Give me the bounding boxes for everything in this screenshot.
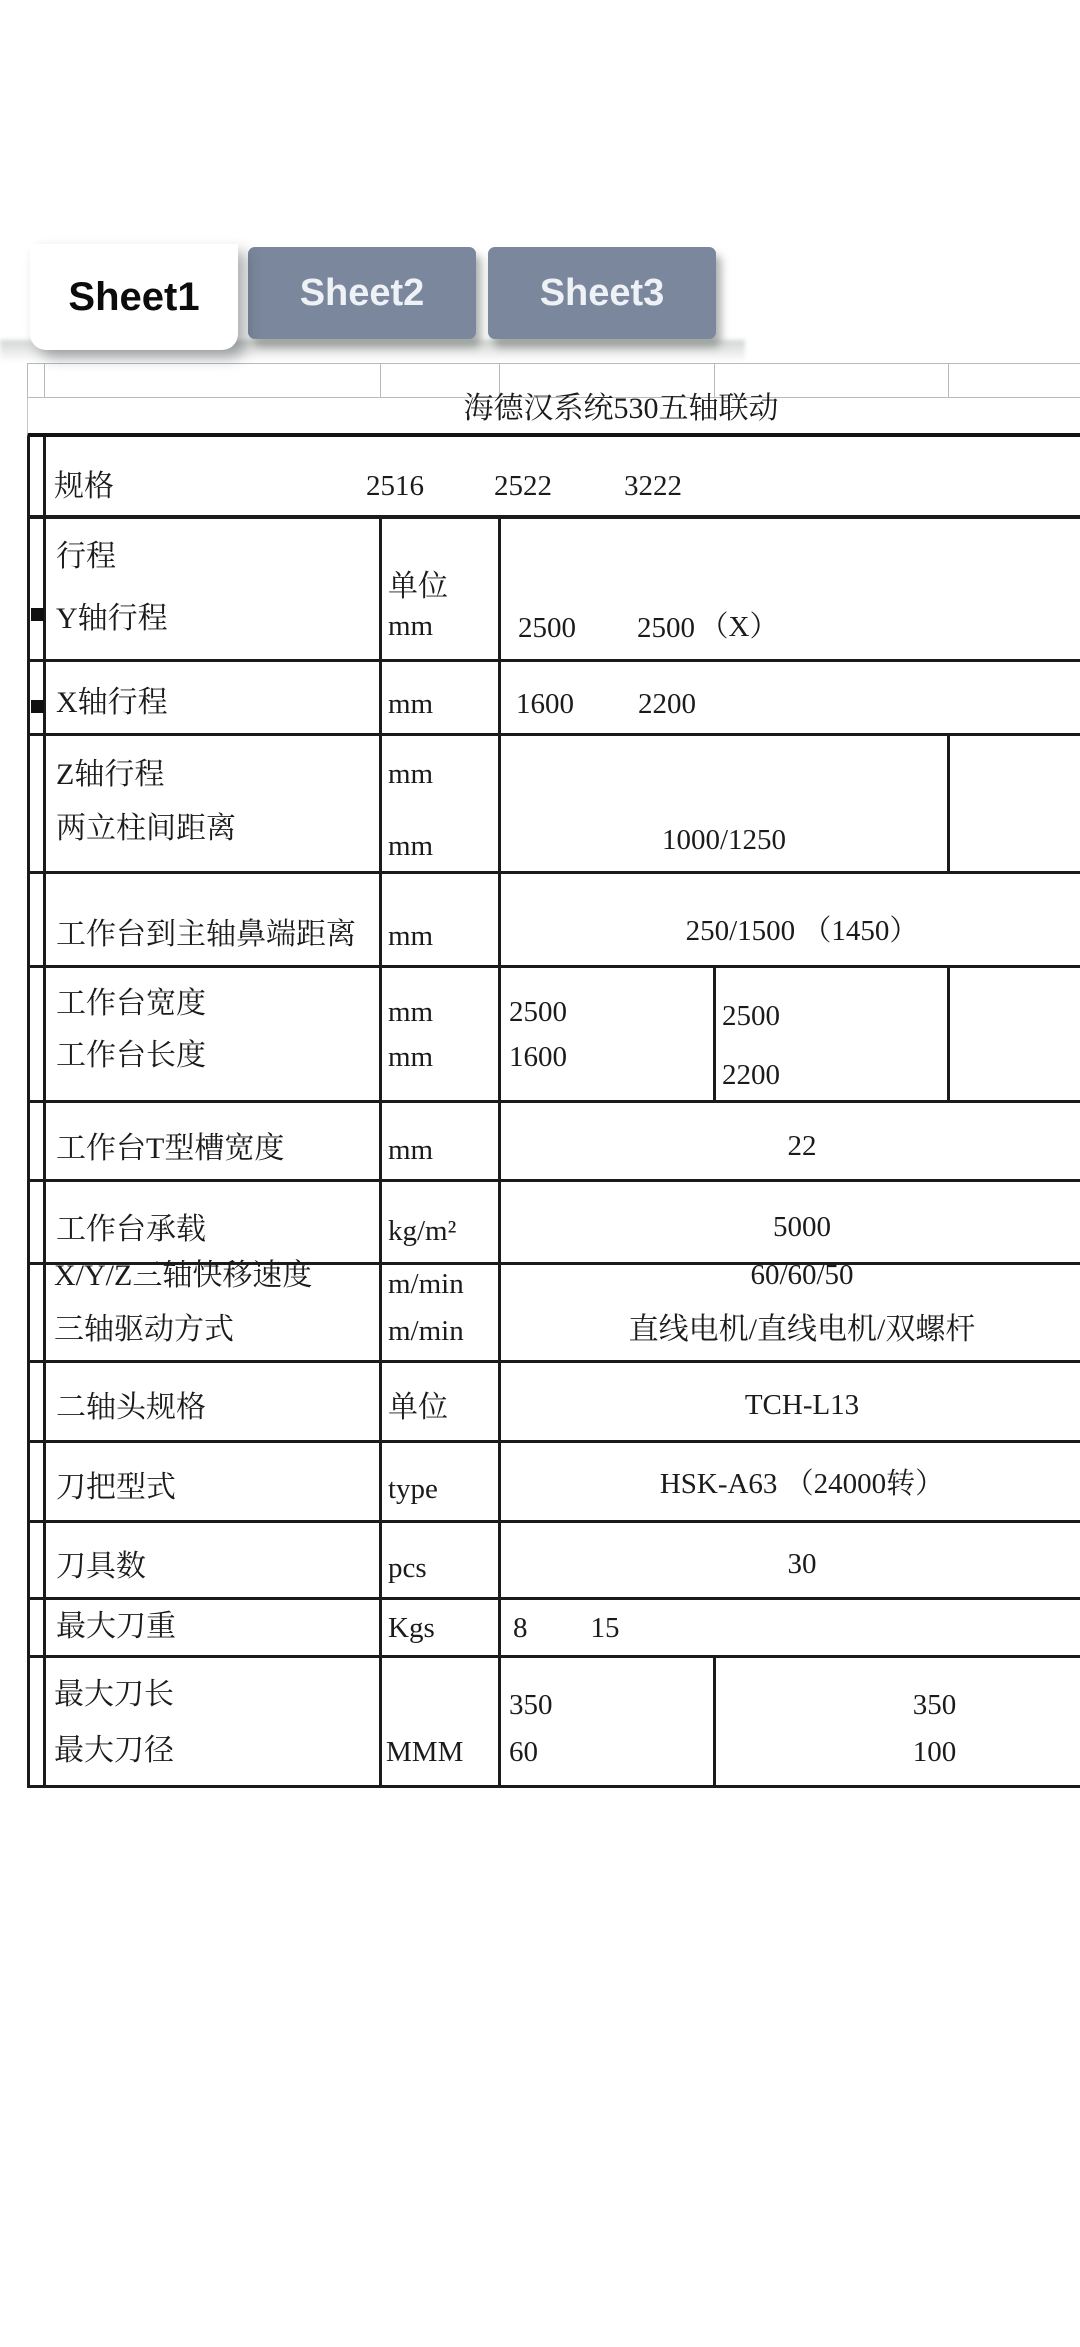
row-label: X/Y/Z三轴快移速度 [54, 1250, 379, 1294]
marker-cell[interactable] [30, 1182, 46, 1262]
tool-holder-row[interactable]: 刀把型式 type HSK-A63 （24000转） [27, 1443, 1080, 1523]
row-label: 刀具数 [56, 1541, 146, 1585]
row-label: 工作台长度 [56, 1030, 379, 1074]
table-size-row[interactable]: 工作台宽度 工作台长度 mm mm 2500 1600 2500 2200 [27, 968, 1080, 1103]
value-cell[interactable]: 22 [501, 1103, 1080, 1179]
y-travel-row[interactable]: 行程 Y轴行程 单位 mm 2500 2500 （X） [27, 519, 1080, 662]
row-label: 规格 [54, 461, 114, 505]
label-cell[interactable]: X轴行程 [46, 662, 382, 733]
cell-value: 直线电机/直线电机/双螺杆 [501, 1304, 1080, 1348]
cell-value: 350 [509, 1689, 713, 1722]
label-cell[interactable]: 行程 Y轴行程 [46, 519, 382, 659]
nose-distance-row[interactable]: 工作台到主轴鼻端距离 mm 250/1500 （1450） [27, 874, 1080, 968]
marker-cell[interactable] [30, 1523, 46, 1597]
cell-value: 60 [509, 1736, 713, 1769]
spec-table: 海德汉系统530五轴联动 规格 2516 2522 3222 行程 Y轴行程 单… [27, 363, 1080, 1788]
value-cell[interactable]: 30 [501, 1523, 1080, 1597]
unit-cell[interactable]: mm [382, 1103, 501, 1179]
rapid-speed-row[interactable]: X/Y/Z三轴快移速度 三轴驱动方式 m/min m/min 60/60/50 … [27, 1265, 1080, 1363]
unit-label: mm [388, 920, 433, 953]
spec-row[interactable]: 规格 2516 2522 3222 [27, 437, 1080, 519]
cell-value: 2200 [638, 688, 696, 721]
unit-cell[interactable]: pcs [382, 1523, 501, 1597]
cell-value: 2500 [637, 612, 695, 645]
unit-label: pcs [388, 1552, 427, 1585]
unit-label: m/min [388, 1268, 498, 1301]
empty-cell[interactable] [950, 968, 1080, 1100]
value-cell[interactable]: TCH-L13 [501, 1363, 1080, 1440]
value-cell[interactable]: 5000 [501, 1182, 1080, 1262]
label-cell[interactable]: 二轴头规格 [46, 1363, 382, 1440]
unit-cell[interactable]: mm [382, 662, 501, 733]
unit-label: MMM [386, 1736, 463, 1769]
tool-weight-row[interactable]: 最大刀重 Kgs 8 15 [27, 1600, 1080, 1658]
value-cell[interactable]: 2500 1600 [501, 968, 716, 1100]
grid-cell[interactable] [948, 364, 1080, 397]
marker-cell[interactable] [30, 519, 46, 659]
cell-value: 22 [788, 1130, 817, 1163]
unit-label: 单位 [388, 1382, 448, 1426]
cell-value: 1600 [516, 688, 574, 721]
empty-cell[interactable] [950, 736, 1080, 871]
cell-value: （X） [700, 604, 779, 645]
unit-label: mm [388, 830, 433, 863]
row-label: 工作台到主轴鼻端距离 [56, 909, 356, 953]
marker-cell[interactable] [30, 1103, 46, 1179]
sheet-tab-bar: Sheet1 Sheet2 Sheet3 [0, 244, 1080, 364]
value-cell[interactable]: 1600 2200 [501, 662, 1080, 733]
x-travel-row[interactable]: X轴行程 mm 1600 2200 [27, 662, 1080, 736]
unit-label: mm [388, 996, 498, 1029]
spec-value: 2522 [494, 470, 552, 503]
marker-cell[interactable] [30, 1658, 46, 1785]
z-travel-row[interactable]: Z轴行程 两立柱间距离 mm mm 1000/1250 [27, 736, 1080, 874]
row-label: 二轴头规格 [56, 1382, 206, 1426]
label-cell[interactable]: 工作台T型槽宽度 [46, 1103, 382, 1179]
value-cell[interactable]: 250/1500 （1450） [501, 874, 1080, 965]
value-cell[interactable]: HSK-A63 （24000转） [501, 1443, 1080, 1520]
cell-value: HSK-A63 （24000转） [660, 1461, 944, 1502]
row-label: Z轴行程 [56, 749, 379, 793]
marker-cell[interactable] [30, 736, 46, 871]
value-cell[interactable]: 2500 2200 [716, 968, 950, 1100]
row-label: 最大刀径 [54, 1725, 379, 1769]
cell-value: 2500 [722, 1000, 947, 1033]
cell-value: 100 [716, 1736, 1080, 1769]
unit-cell[interactable]: mm mm [382, 736, 501, 871]
unit-cell[interactable]: 单位 mm [382, 519, 501, 659]
label-cell[interactable]: X/Y/Z三轴快移速度 三轴驱动方式 [46, 1265, 382, 1360]
row-label: 刀把型式 [56, 1462, 176, 1506]
spec-value: 3222 [624, 470, 682, 503]
cell-value: 8 [513, 1612, 528, 1645]
unit-cell[interactable]: type [382, 1443, 501, 1520]
row-label: 最大刀长 [54, 1669, 379, 1713]
marker-cell[interactable] [30, 1363, 46, 1440]
label-cell[interactable]: 刀具数 [46, 1523, 382, 1597]
label-cell[interactable]: 最大刀重 [46, 1600, 382, 1655]
label-cell[interactable]: 工作台宽度 工作台长度 [46, 968, 382, 1100]
value-cell[interactable]: 60/60/50 直线电机/直线电机/双螺杆 [501, 1265, 1080, 1360]
tab-sheet2[interactable]: Sheet2 [248, 247, 476, 339]
spec-value: 2516 [366, 470, 424, 503]
unit-cell[interactable]: kg/m² [382, 1182, 501, 1262]
unit-label: Kgs [388, 1612, 435, 1645]
label-cell[interactable]: 最大刀长 最大刀径 [46, 1658, 382, 1785]
title-row[interactable]: 海德汉系统530五轴联动 [27, 397, 1080, 437]
unit-label: mm [388, 1041, 498, 1074]
grid-cell[interactable] [28, 364, 45, 397]
row-label: Y轴行程 [56, 593, 379, 637]
unit-label: mm [388, 688, 433, 721]
label-cell[interactable]: 工作台到主轴鼻端距离 [46, 874, 382, 965]
unit-cell[interactable]: MMM [382, 1658, 501, 1785]
tab-sheet1[interactable]: Sheet1 [30, 244, 238, 350]
cell-value: 2500 [518, 612, 576, 645]
cell-value: 1600 [509, 1041, 713, 1074]
row-label: X轴行程 [56, 677, 168, 721]
marker-cell[interactable] [30, 662, 46, 733]
unit-cell[interactable]: mm mm [382, 968, 501, 1100]
value-cell[interactable]: 350 100 [716, 1658, 1080, 1785]
cell-value: 15 [591, 1612, 620, 1645]
head-spec-row[interactable]: 二轴头规格 单位 TCH-L13 [27, 1363, 1080, 1443]
row-marker-square-icon [31, 608, 44, 621]
tool-count-row[interactable]: 刀具数 pcs 30 [27, 1523, 1080, 1600]
label-cell[interactable]: 刀把型式 [46, 1443, 382, 1520]
marker-cell[interactable] [30, 1443, 46, 1520]
unit-cell[interactable]: Kgs [382, 1600, 501, 1655]
unit-label: type [388, 1473, 438, 1506]
spec-values-cell[interactable]: 规格 2516 2522 3222 [46, 437, 1080, 515]
cell-value: 2500 [509, 996, 713, 1029]
unit-label: mm [388, 1134, 433, 1167]
cell-value: 250/1500 （1450） [686, 908, 919, 949]
marker-cell[interactable] [30, 437, 46, 515]
cell-value: 350 [716, 1689, 1080, 1722]
unit-label: 单位 [388, 561, 448, 605]
row-label: 工作台宽度 [56, 978, 379, 1022]
tool-length-row[interactable]: 最大刀长 最大刀径 MMM 350 60 350 100 [27, 1658, 1080, 1788]
marker-cell[interactable] [30, 874, 46, 965]
unit-label: mm [388, 610, 433, 643]
unit-cell[interactable]: 单位 [382, 1363, 501, 1440]
row-label: 工作台T型槽宽度 [56, 1123, 284, 1167]
value-cell[interactable]: 2500 2500 （X） [501, 519, 1080, 659]
cell-value: 60/60/50 [501, 1259, 1080, 1292]
marker-cell[interactable] [30, 968, 46, 1100]
spreadsheet-page: { "tabs": [ {"label": "Sheet1", "active"… [0, 0, 1080, 2347]
unit-cell[interactable]: mm [382, 874, 501, 965]
t-slot-row[interactable]: 工作台T型槽宽度 mm 22 [27, 1103, 1080, 1182]
cell-value: 1000/1250 [662, 824, 786, 857]
cell-value: TCH-L13 [745, 1389, 859, 1422]
value-cell[interactable]: 350 60 [501, 1658, 716, 1785]
row-label: 两立柱间距离 [56, 803, 379, 847]
unit-label: mm [388, 758, 433, 791]
marker-cell[interactable] [30, 1265, 46, 1360]
row-label: 行程 [56, 531, 379, 575]
marker-cell[interactable] [30, 1600, 46, 1655]
grid-cell[interactable] [44, 364, 381, 397]
value-cell[interactable]: 1000/1250 [501, 736, 950, 871]
unit-label: kg/m² [388, 1215, 456, 1248]
unit-label: m/min [388, 1315, 498, 1348]
cell-value: 5000 [773, 1211, 831, 1244]
row-label: 工作台承载 [56, 1204, 206, 1248]
label-cell[interactable]: Z轴行程 两立柱间距离 [46, 736, 382, 871]
row-label: 三轴驱动方式 [54, 1304, 379, 1348]
cell-value: 30 [788, 1548, 817, 1581]
cell-value: 2200 [722, 1059, 947, 1092]
row-label: 最大刀重 [56, 1601, 176, 1645]
table-title: 海德汉系统530五轴联动 [464, 383, 779, 427]
tab-sheet3[interactable]: Sheet3 [488, 247, 716, 339]
unit-cell[interactable]: m/min m/min [382, 1265, 501, 1360]
row-marker-square-icon [31, 700, 44, 713]
value-cell[interactable]: 8 15 [501, 1600, 1080, 1655]
